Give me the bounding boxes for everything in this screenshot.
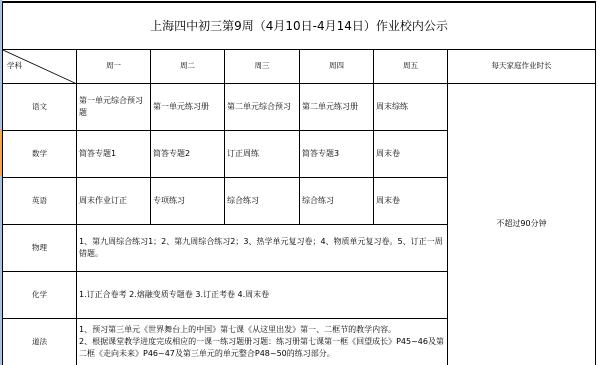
header-day-tue[interactable]: 周二 (151, 49, 225, 83)
homework-cell[interactable]: 专项练习 (151, 177, 225, 224)
homework-cell[interactable]: 订正周练 (225, 130, 300, 177)
subject-cell[interactable]: 数学 (3, 130, 77, 177)
subject-header-label: 学科 (7, 60, 22, 72)
homework-cell[interactable]: 周末作业订正 (77, 177, 151, 224)
table-row: 语文 第一单元综合预习题 第一单元练习册 第二单元综合预习 第二单元练习册 周末… (3, 83, 596, 130)
merged-homework-cell[interactable]: 1、第九周综合练习1；2、第九周综合练习2；3、热学单元复习卷；4、物质单元复习… (77, 224, 448, 271)
header-day-fri[interactable]: 周五 (374, 49, 448, 83)
homework-cell[interactable]: 周末卷 (374, 177, 448, 224)
homework-table: 上海四中初三第9周（4月10日-4月14日）作业校内公示 学科 周一 周二 周三… (2, 1, 596, 365)
subject-cell[interactable]: 道法 (3, 318, 77, 365)
homework-cell[interactable]: 周末卷 (374, 130, 448, 177)
homework-cell[interactable]: 简答专题3 (300, 130, 374, 177)
homework-cell[interactable]: 周末综练 (374, 83, 448, 130)
subject-cell[interactable]: 语文 (3, 83, 77, 130)
diagonal-header-cell[interactable]: 学科 (3, 49, 77, 83)
homework-cell[interactable]: 第一单元练习册 (151, 83, 225, 130)
homework-cell[interactable]: 第二单元练习册 (300, 83, 374, 130)
subject-cell[interactable]: 化学 (3, 271, 77, 318)
homework-cell[interactable]: 综合练习 (225, 177, 300, 224)
homework-line: 2、根据课堂教学进度完成相应的一课一练习题册习题：练习册第七课第一框《回望成长》… (79, 336, 445, 360)
merged-homework-cell[interactable]: 1、预习第三单元《世界舞台上的中国》第七课《从这里出发》第一、二框节的教学内容。… (77, 318, 448, 365)
sheet-title[interactable]: 上海四中初三第9周（4月10日-4月14日）作业校内公示 (3, 2, 596, 49)
homework-cell[interactable]: 简答专题2 (151, 130, 225, 177)
merged-homework-cell[interactable]: 1.订正合卷考 2.熔融变质专题卷 3.订正考卷 4.周末卷 (77, 271, 448, 318)
homework-cell[interactable]: 第一单元综合预习题 (77, 83, 151, 130)
homework-cell[interactable]: 简答专题1 (77, 130, 151, 177)
subject-cell[interactable]: 英语 (3, 177, 77, 224)
header-day-mon[interactable]: 周一 (77, 49, 151, 83)
homework-cell[interactable]: 第二单元综合预习 (225, 83, 300, 130)
header-duration[interactable]: 每天家庭作业时长 (448, 49, 596, 83)
header-day-wed[interactable]: 周三 (225, 49, 300, 83)
subject-cell[interactable]: 物理 (3, 224, 77, 271)
header-day-thu[interactable]: 周四 (300, 49, 374, 83)
homework-line: 1、预习第三单元《世界舞台上的中国》第七课《从这里出发》第一、二框节的教学内容。 (79, 324, 445, 336)
duration-cell[interactable]: 不超过90分钟 (448, 83, 596, 365)
homework-cell[interactable]: 综合练习 (300, 177, 374, 224)
